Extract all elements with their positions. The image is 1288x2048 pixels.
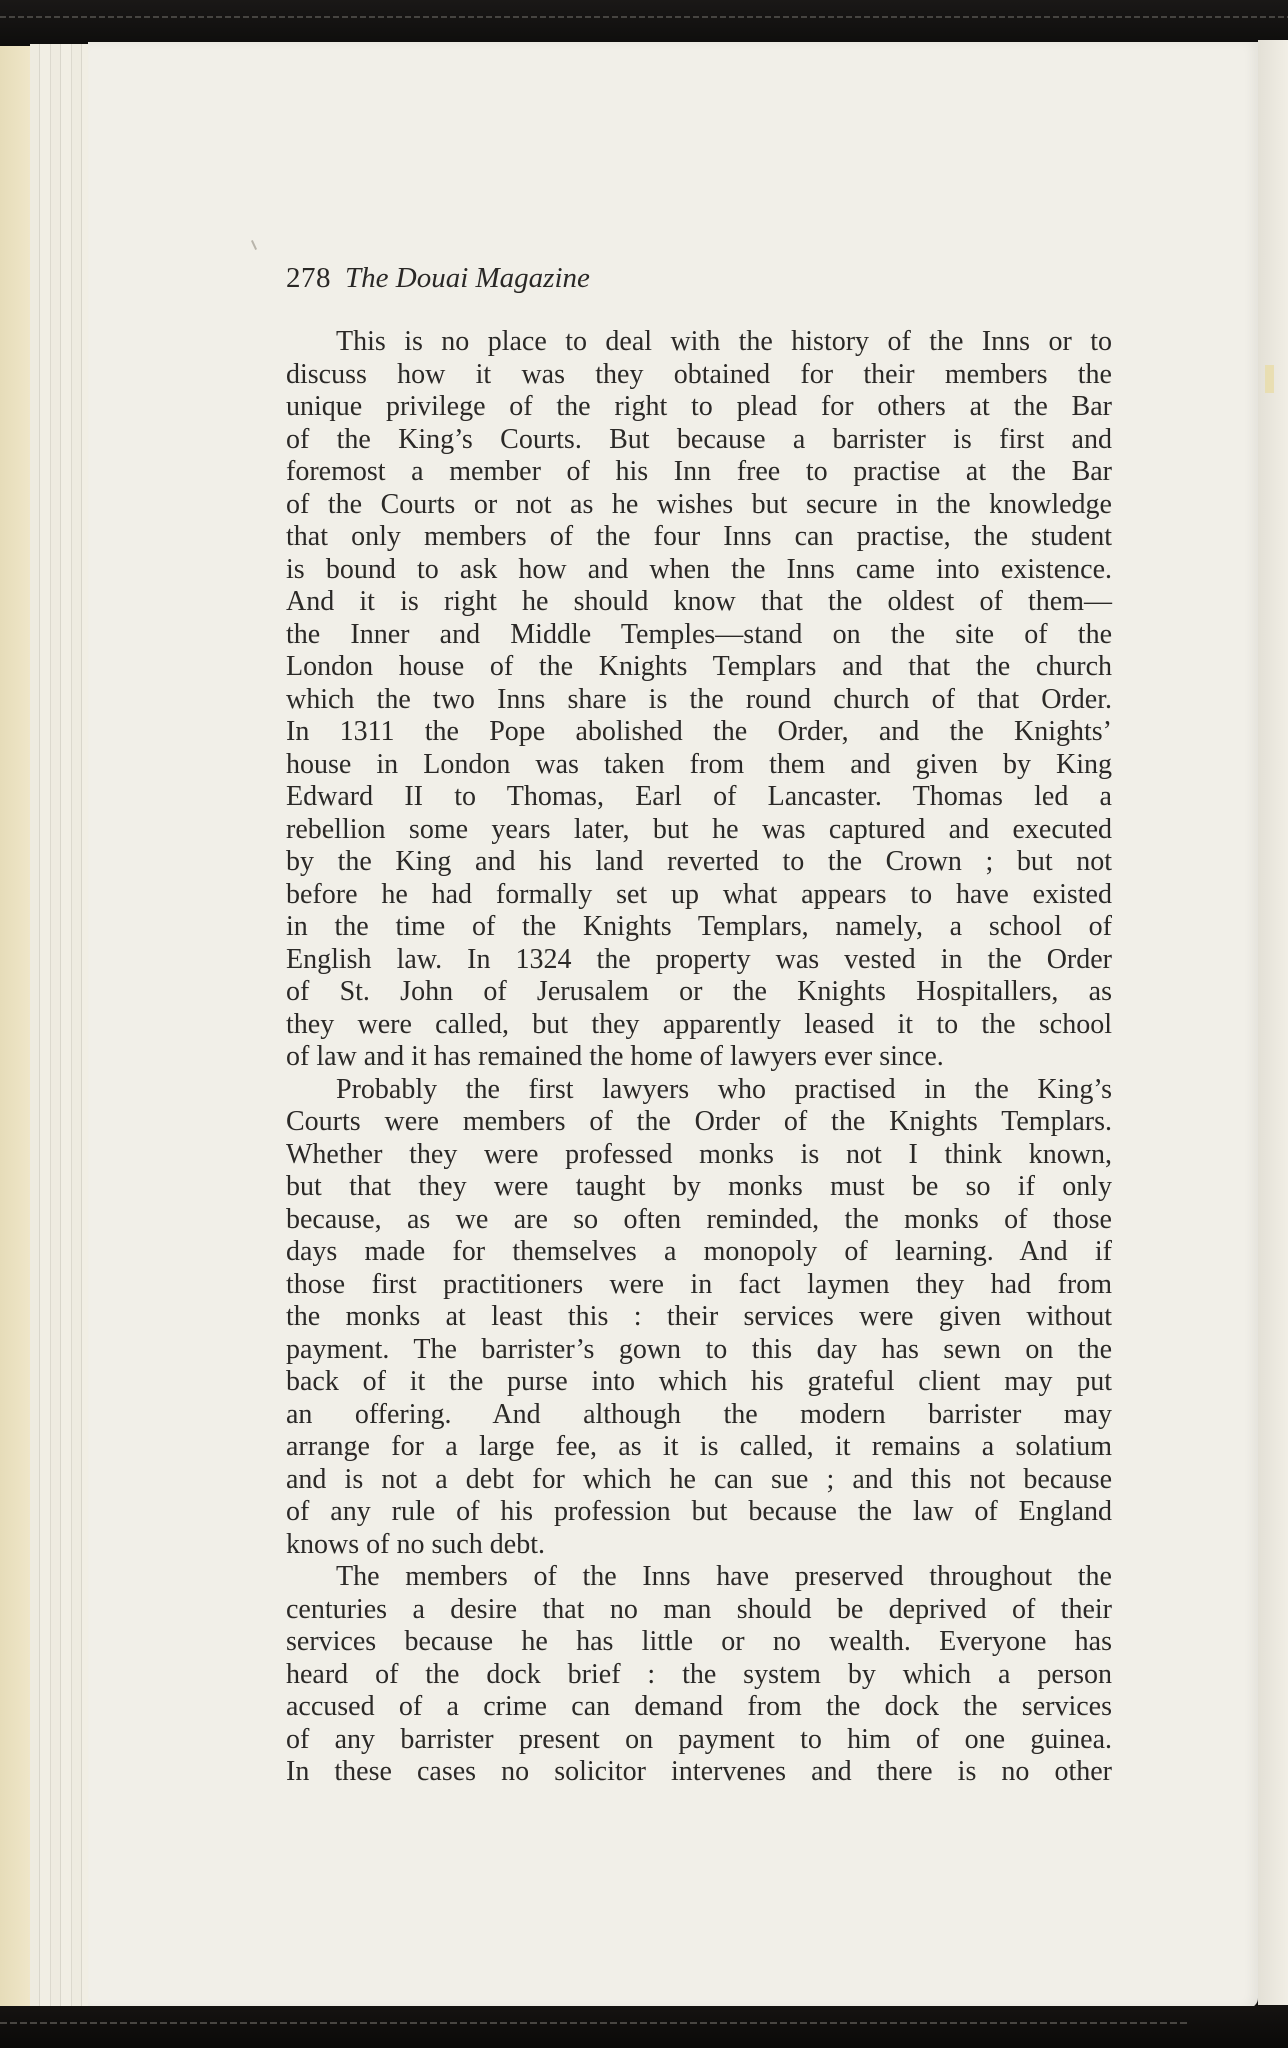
text-line: The members of the Inns have preserved t… [286,1561,1112,1594]
text-line: back of it the purse into which his grat… [286,1366,1112,1399]
paragraph: The members of the Inns have preserved t… [286,1561,1112,1789]
text-line: days made for themselves a monopoly of l… [286,1236,1112,1269]
text-line: This is no place to deal with the histor… [286,326,1112,359]
page-number: 278 [286,262,331,294]
text-line: rebellion some years later, but he was c… [286,814,1112,847]
book-cover-top [0,0,1288,46]
paragraph: Probably the first lawyers who practised… [286,1074,1112,1562]
text-line: In 1311 the Pope abolished the Order, an… [286,716,1112,749]
text-line: centuries a desire that no man should be… [286,1594,1112,1627]
running-head: 278The Douai Magazine [286,262,590,295]
text-line: English law. In 1324 the property was ve… [286,944,1112,977]
text-line: knows of no such debt. [286,1529,1112,1562]
text-line: an offering. And although the modern bar… [286,1399,1112,1432]
cover-stitching-bottom [0,2022,1190,2024]
text-line: of law and it has remained the home of l… [286,1041,1112,1074]
text-line: London house of the Knights Templars and… [286,651,1112,684]
publication-title: The Douai Magazine [345,262,590,294]
text-line: of any rule of his profession but becaus… [286,1496,1112,1529]
text-line: payment. The barrister’s gown to this da… [286,1334,1112,1367]
text-line: of the King’s Courts. But because a barr… [286,424,1112,457]
text-line: by the King and his land reverted to the… [286,846,1112,879]
text-line: and is not a debt for which he can sue ;… [286,1464,1112,1497]
text-line: the Inner and Middle Temples—stand on th… [286,619,1112,652]
text-line: is bound to ask how and when the Inns ca… [286,554,1112,587]
text-line: that only members of the four Inns can p… [286,521,1112,554]
text-line: in the time of the Knights Templars, nam… [286,911,1112,944]
text-line: services because he has little or no wea… [286,1626,1112,1659]
text-line: Courts were members of the Order of the … [286,1106,1112,1139]
text-line: because, as we are so often reminded, th… [286,1204,1112,1237]
text-line: house in London was taken from them and … [286,749,1112,782]
text-line: which the two Inns share is the round ch… [286,684,1112,717]
text-line: heard of the dock brief : the system by … [286,1659,1112,1692]
text-line: foremost a member of his Inn free to pra… [286,456,1112,489]
endpaper-left [0,46,30,2006]
text-line: arrange for a large fee, as it is called… [286,1431,1112,1464]
text-line: accused of a crime can demand from the d… [286,1691,1112,1724]
text-line: the monks at least this : their services… [286,1301,1112,1334]
text-line: Probably the first lawyers who practised… [286,1074,1112,1107]
cover-stitching-top [0,16,1288,18]
text-line: before he had formally set up what appea… [286,879,1112,912]
text-line: In these cases no solicitor intervenes a… [286,1756,1112,1789]
text-line: Whether they were professed monks is not… [286,1139,1112,1172]
adjacent-page-edge [1258,40,1288,2005]
body-text: This is no place to deal with the histor… [286,326,1112,1789]
paragraph: This is no place to deal with the histor… [286,326,1112,1074]
text-line: discuss how it was they obtained for the… [286,359,1112,392]
text-line: Edward II to Thomas, Earl of Lancaster. … [286,781,1112,814]
text-line: of the Courts or not as he wishes but se… [286,489,1112,522]
text-line: of St. John of Jerusalem or the Knights … [286,976,1112,1009]
text-line: but that they were taught by monks must … [286,1171,1112,1204]
page-edges-stack [30,44,92,2010]
text-line: of any barrister present on payment to h… [286,1724,1112,1757]
text-line: unique privilege of the right to plead f… [286,391,1112,424]
paper-stain [1265,365,1274,393]
book-cover-bottom [0,2006,1288,2048]
text-line: those first practitioners were in fact l… [286,1269,1112,1302]
text-line: they were called, but they apparently le… [286,1009,1112,1042]
text-line: And it is right he should know that the … [286,586,1112,619]
